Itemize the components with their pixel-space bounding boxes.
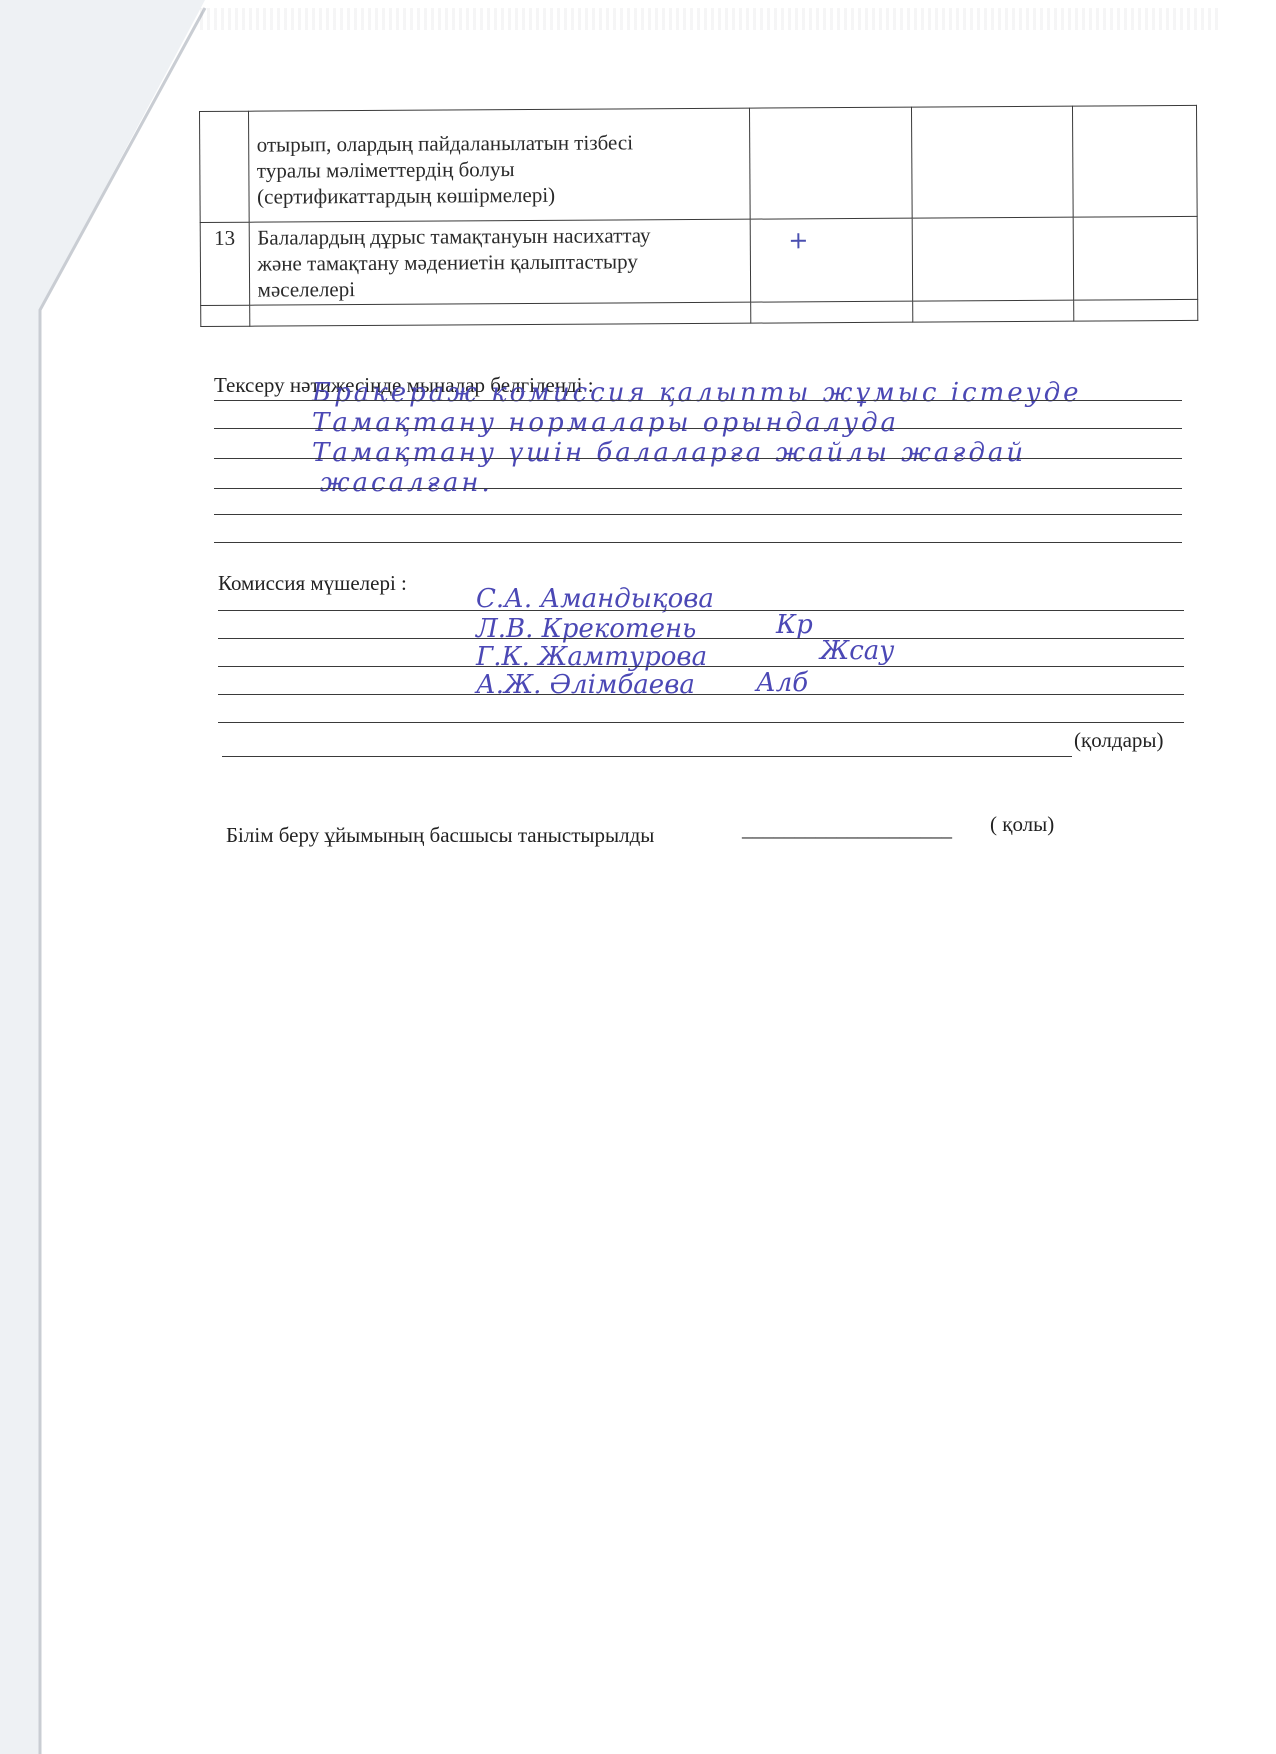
plus-mark: + <box>788 227 808 253</box>
commission-rule <box>218 610 1184 611</box>
check-cell <box>749 107 912 219</box>
member-name: А.Ж. Әлімбаева <box>476 670 695 700</box>
commission-rule <box>218 694 1184 695</box>
table-row: отырып, олардың пайдаланылатын тізбесі т… <box>200 105 1198 222</box>
check-cell <box>1073 299 1197 321</box>
check-cell <box>912 106 1073 218</box>
row-description <box>249 302 750 326</box>
findings-line: Тамақтану нормалары орындалуда <box>312 408 899 438</box>
commission-rule <box>218 722 1184 723</box>
commission-rule <box>218 666 1184 667</box>
row-number <box>201 305 250 326</box>
check-cell: + <box>750 218 913 302</box>
findings-line: Тамақтану үшін балаларға жайлы жағдай <box>312 438 1026 468</box>
commission-label: Комиссия мүшелері : <box>218 571 407 596</box>
row-description: отырып, олардың пайдаланылатын тізбесі т… <box>248 108 750 222</box>
check-cell <box>912 217 1073 301</box>
signatures-caption: (қолдары) <box>1074 728 1164 753</box>
findings-rule <box>214 428 1182 429</box>
findings-rule <box>214 458 1182 459</box>
row-number: 13 <box>200 222 249 305</box>
findings-rule <box>214 488 1182 489</box>
member-name: Г.К. Жамтурова <box>476 642 707 672</box>
member-name: Л.В. Крекотень <box>476 614 696 644</box>
check-cell <box>750 301 913 323</box>
member-signature: Жсау <box>820 636 894 666</box>
commission-rule <box>218 638 1184 639</box>
check-cell <box>913 300 1074 322</box>
check-cell <box>1072 105 1197 217</box>
head-signature-caption: ( қолы) <box>990 812 1054 837</box>
findings-rule <box>214 542 1182 543</box>
head-signature-blank: ____________________ <box>742 817 952 842</box>
head-label: Білім беру ұйымының басшысы таныстырылды <box>226 823 654 848</box>
member-signature: Кр <box>776 610 813 640</box>
findings-rule <box>214 400 1182 401</box>
bleed-through-text <box>200 8 1220 30</box>
findings-line: Бракераж комиссия қалыпты жұмыс істеуде <box>312 378 1082 408</box>
findings-rule <box>214 514 1182 515</box>
table-row: 13 Балалардың дұрыс тамақтануын насихатт… <box>200 216 1197 305</box>
row-number <box>200 111 249 222</box>
findings-line: жасалған. <box>320 468 493 498</box>
check-cell <box>1073 216 1198 300</box>
checklist-table: отырып, олардың пайдаланылатын тізбесі т… <box>199 105 1198 327</box>
row-description: Балалардың дұрыс тамақтануын насихаттау … <box>249 219 751 305</box>
commission-rule <box>222 756 1072 757</box>
